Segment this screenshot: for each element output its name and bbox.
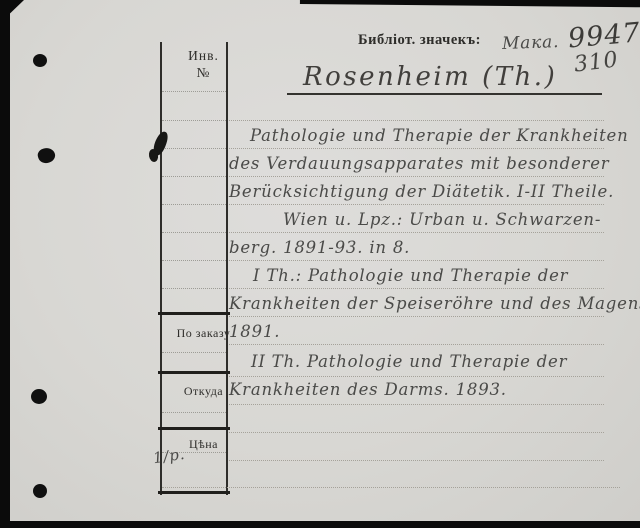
writing-line <box>229 232 604 233</box>
cell-divider <box>158 491 230 494</box>
price-value-handwritten: 1/р. <box>152 445 186 467</box>
column-dotted-line <box>162 412 226 413</box>
cell-divider <box>158 371 230 374</box>
writing-line <box>229 404 604 405</box>
writing-line <box>229 460 604 461</box>
library-mark-value-handwritten: Мака. <box>502 32 560 54</box>
column-dotted-line <box>162 260 226 261</box>
writing-line-long <box>162 487 620 488</box>
scan-background: Библіот. значекъ: Инв. № По заказу Откуд… <box>0 0 640 528</box>
shelf-number-below-handwritten: 310 <box>573 47 620 77</box>
writing-line <box>229 344 604 345</box>
column-dotted-line <box>162 91 226 92</box>
origin-label: Откуда <box>170 384 237 399</box>
author-heading: Rosenheim (Th.) <box>303 62 557 92</box>
column-dotted-line <box>162 148 226 149</box>
punch-hole <box>33 484 47 498</box>
body-line: Krankheiten der Speiseröhre und des Mage… <box>229 294 640 313</box>
writing-line <box>229 288 604 289</box>
writing-line <box>229 432 604 433</box>
catalog-card: Библіот. значекъ: Инв. № По заказу Откуд… <box>10 0 640 521</box>
body-line: Krankheiten des Darms. 1893. <box>229 380 507 399</box>
body-line: berg. 1891-93. in 8. <box>229 238 410 257</box>
column-dotted-line <box>162 204 226 205</box>
body-line: Berücksichtigung der Diätetik. I-II Thei… <box>229 182 614 201</box>
writing-line <box>229 316 604 317</box>
writing-line <box>229 260 604 261</box>
body-line: des Verdauungsapparates mit besonderer <box>229 154 609 173</box>
column-dotted-line <box>162 352 226 353</box>
cell-divider <box>158 312 230 315</box>
body-line: 1891. <box>229 322 280 341</box>
order-label: По заказу <box>170 326 237 341</box>
body-line: Pathologie und Therapie der Krankheiten <box>250 126 629 145</box>
body-line: Wien u. Lpz.: Urban u. Schwarzen- <box>283 210 601 229</box>
punch-hole <box>31 389 47 404</box>
column-dotted-line <box>162 120 226 121</box>
writing-line <box>229 176 604 177</box>
author-underline <box>287 93 602 95</box>
body-line: I Th.: Pathologie und Therapie der <box>253 266 568 285</box>
body-line: II Th. Pathologie und Therapie der <box>251 352 567 371</box>
cell-divider <box>158 427 230 430</box>
writing-line <box>229 148 604 149</box>
column-dotted-line <box>162 288 226 289</box>
punch-hole <box>33 54 47 67</box>
library-mark-label: Библіот. значекъ: <box>358 32 481 49</box>
column-dotted-line <box>162 232 226 233</box>
inventory-label-line2: № <box>170 65 237 81</box>
writing-line <box>229 120 604 121</box>
column-dotted-line <box>162 176 226 177</box>
writing-line <box>229 204 604 205</box>
writing-line <box>229 376 604 377</box>
inventory-label-line1: Инв. <box>170 48 237 64</box>
